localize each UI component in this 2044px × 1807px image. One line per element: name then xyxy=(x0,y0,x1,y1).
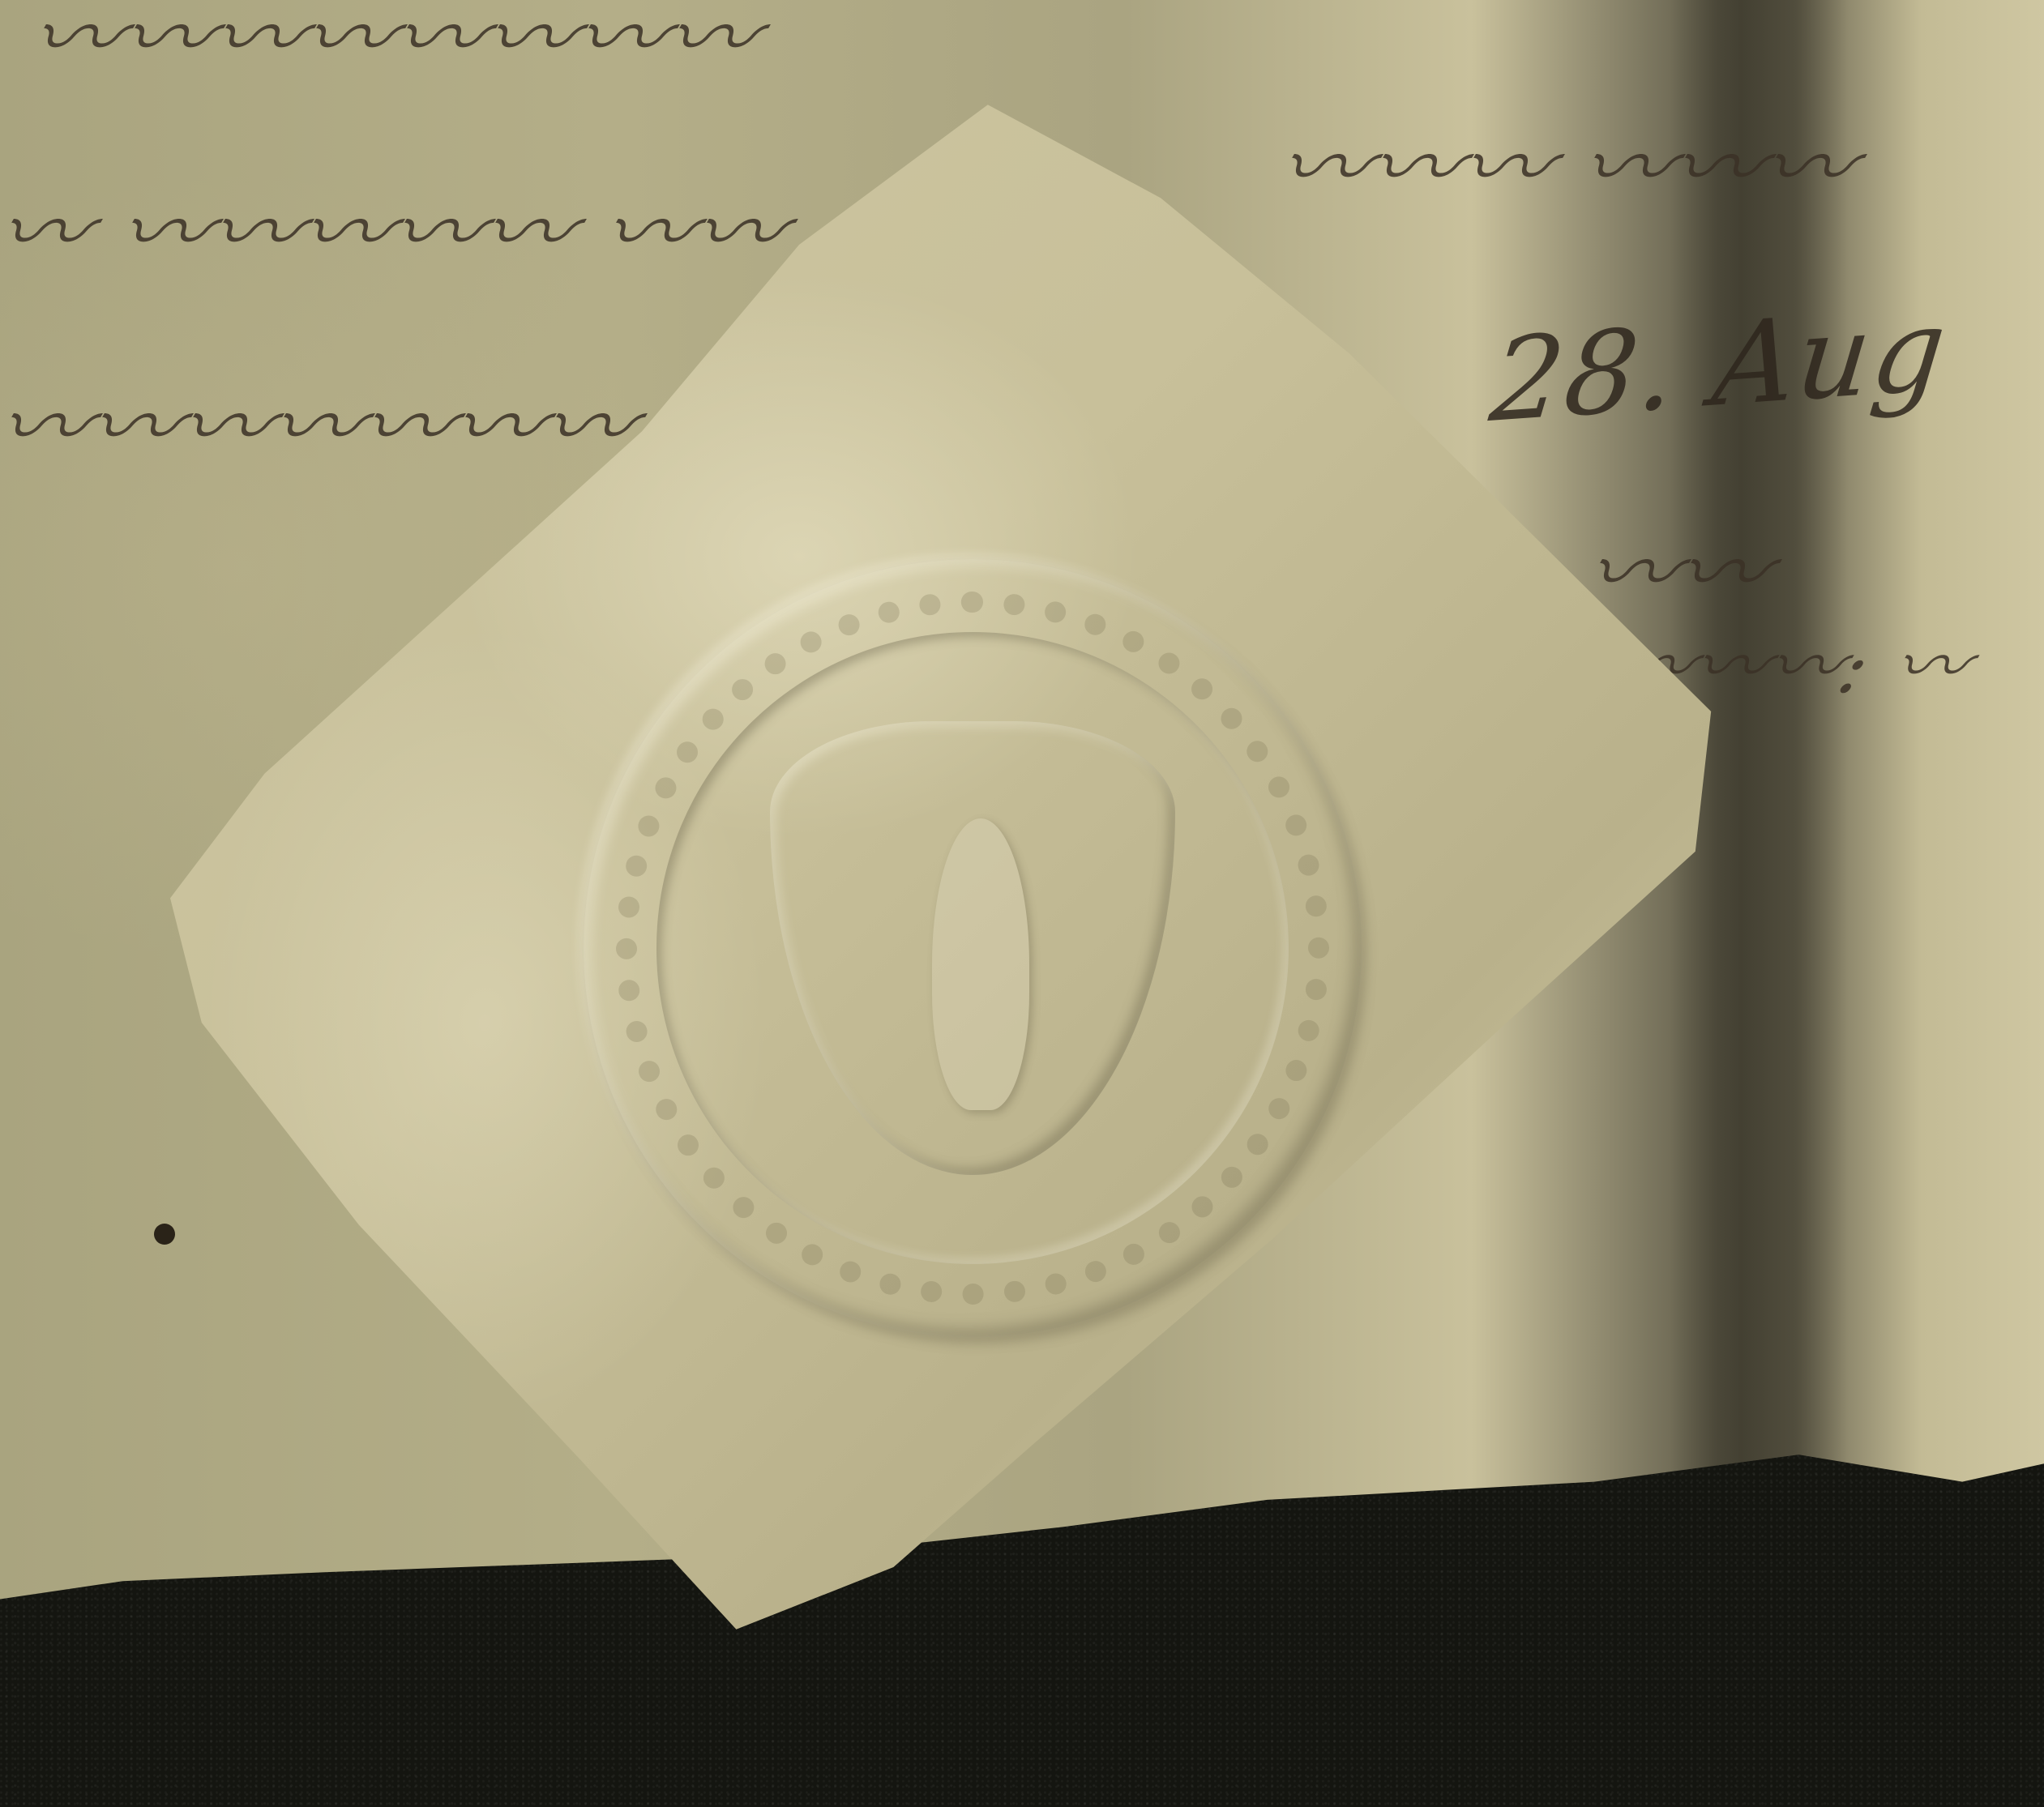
handwriting-line: 〰 〰〰〰〰〰 〰〰 xyxy=(0,162,807,290)
handwriting-line: 〰〰〰〰〰〰〰 xyxy=(0,357,656,485)
ink-blemish xyxy=(154,1224,175,1245)
heraldic-figure-icon xyxy=(932,818,1029,1110)
embossed-seal xyxy=(584,559,1362,1337)
handwriting-line: 〰〰〰〰〰〰〰〰 xyxy=(11,0,779,96)
handwritten-date: 28. Aug xyxy=(1485,284,1953,449)
handwriting-line: 〰〰〰 〰〰〰 xyxy=(1259,97,1875,225)
photograph: 〰〰〰〰〰〰〰〰 〰 〰〰〰〰〰 〰〰 〰〰〰〰〰〰〰 〰〰〰 〰〰〰 28. … xyxy=(0,0,2044,1807)
